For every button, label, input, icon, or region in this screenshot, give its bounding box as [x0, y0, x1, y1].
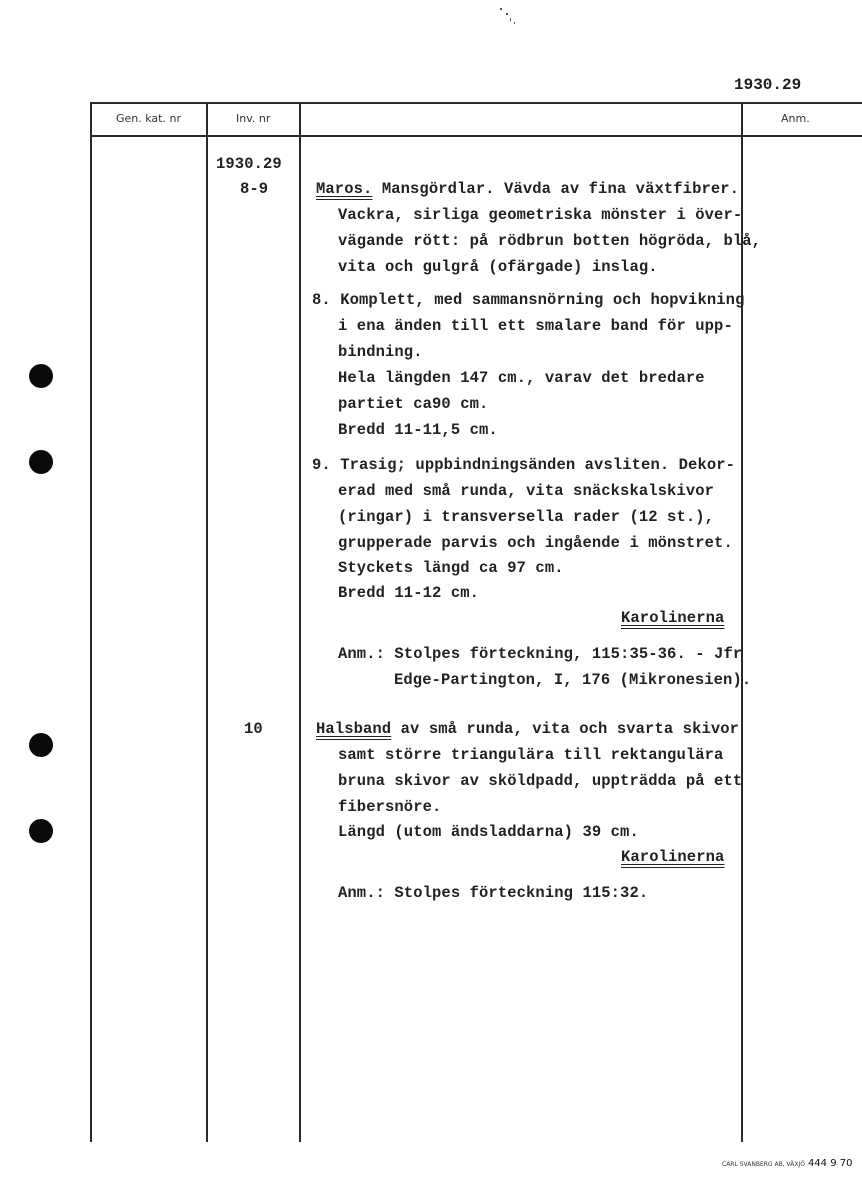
entry-line: Bredd 11-12 cm.	[338, 584, 479, 602]
printer-imprint: CARL SVANBERG AB, VÄXJÖ444 9 70	[722, 1158, 852, 1169]
entry-line: Maros. Mansgördlar. Vävda av fina växtfi…	[316, 180, 739, 198]
entry-line: Vackra, sirliga geometriska mönster i öv…	[338, 206, 742, 224]
entry-line: Hela längden 147 cm., varav det bredare	[338, 369, 705, 387]
inv-number: 10	[244, 720, 263, 738]
entry-title: Halsband	[316, 720, 391, 738]
entry-line: Styckets längd ca 97 cm.	[338, 559, 564, 577]
entry-line: partiet ca90 cm.	[338, 395, 488, 413]
source-label: Karolinerna	[621, 609, 724, 627]
entry-line: erad med små runda, vita snäckskalskivor	[338, 482, 714, 500]
entry-line: bindning.	[338, 343, 423, 361]
entry-line: Halsband av små runda, vita och svarta s…	[316, 720, 739, 738]
inv-number: 8-9	[240, 180, 268, 198]
punch-hole	[29, 450, 53, 474]
entry-title: Maros.	[316, 180, 372, 198]
entry-line: samt större triangulära till rektangulär…	[338, 746, 723, 764]
header-gen-kat-nr: Gen. kat. nr	[116, 112, 181, 125]
entry-line: 9. Trasig; uppbindningsänden avsliten. D…	[312, 456, 735, 474]
column-divider	[206, 102, 208, 1142]
header-inv-nr: Inv. nr	[236, 112, 270, 125]
inv-header: 1930.29	[216, 155, 282, 173]
column-divider	[90, 102, 92, 1142]
note-line: Anm.: Stolpes förteckning, 115:35-36. - …	[338, 645, 742, 663]
entry-line: 8. Komplett, med sammansnörning och hopv…	[312, 291, 744, 309]
entry-line: vägande rött: på rödbrun botten högröda,…	[338, 232, 761, 250]
punch-hole	[29, 733, 53, 757]
note-line: Anm.: Stolpes förteckning 115:32.	[338, 884, 648, 902]
column-divider	[299, 102, 301, 1142]
column-divider	[741, 102, 743, 1142]
header-anm: Anm.	[781, 112, 810, 125]
entry-line: Bredd 11-11,5 cm.	[338, 421, 498, 439]
entry-line: Längd (utom ändsladdarna) 39 cm.	[338, 823, 639, 841]
punch-hole	[29, 364, 53, 388]
note-line: Edge-Partington, I, 176 (Mikronesien).	[394, 671, 751, 689]
catalog-number: 1930.29	[734, 76, 801, 94]
entry-line: vita och gulgrå (ofärgade) inslag.	[338, 258, 658, 276]
entry-line: (ringar) i transversella rader (12 st.),	[338, 508, 714, 526]
punch-hole	[29, 819, 53, 843]
entry-line: grupperade parvis och ingående i mönstre…	[338, 534, 733, 552]
entry-line: fibersnöre.	[338, 798, 441, 816]
entry-line: i ena änden till ett smalare band för up…	[338, 317, 733, 335]
source-label: Karolinerna	[621, 848, 724, 866]
entry-line: bruna skivor av sköldpadd, uppträdda på …	[338, 772, 742, 790]
